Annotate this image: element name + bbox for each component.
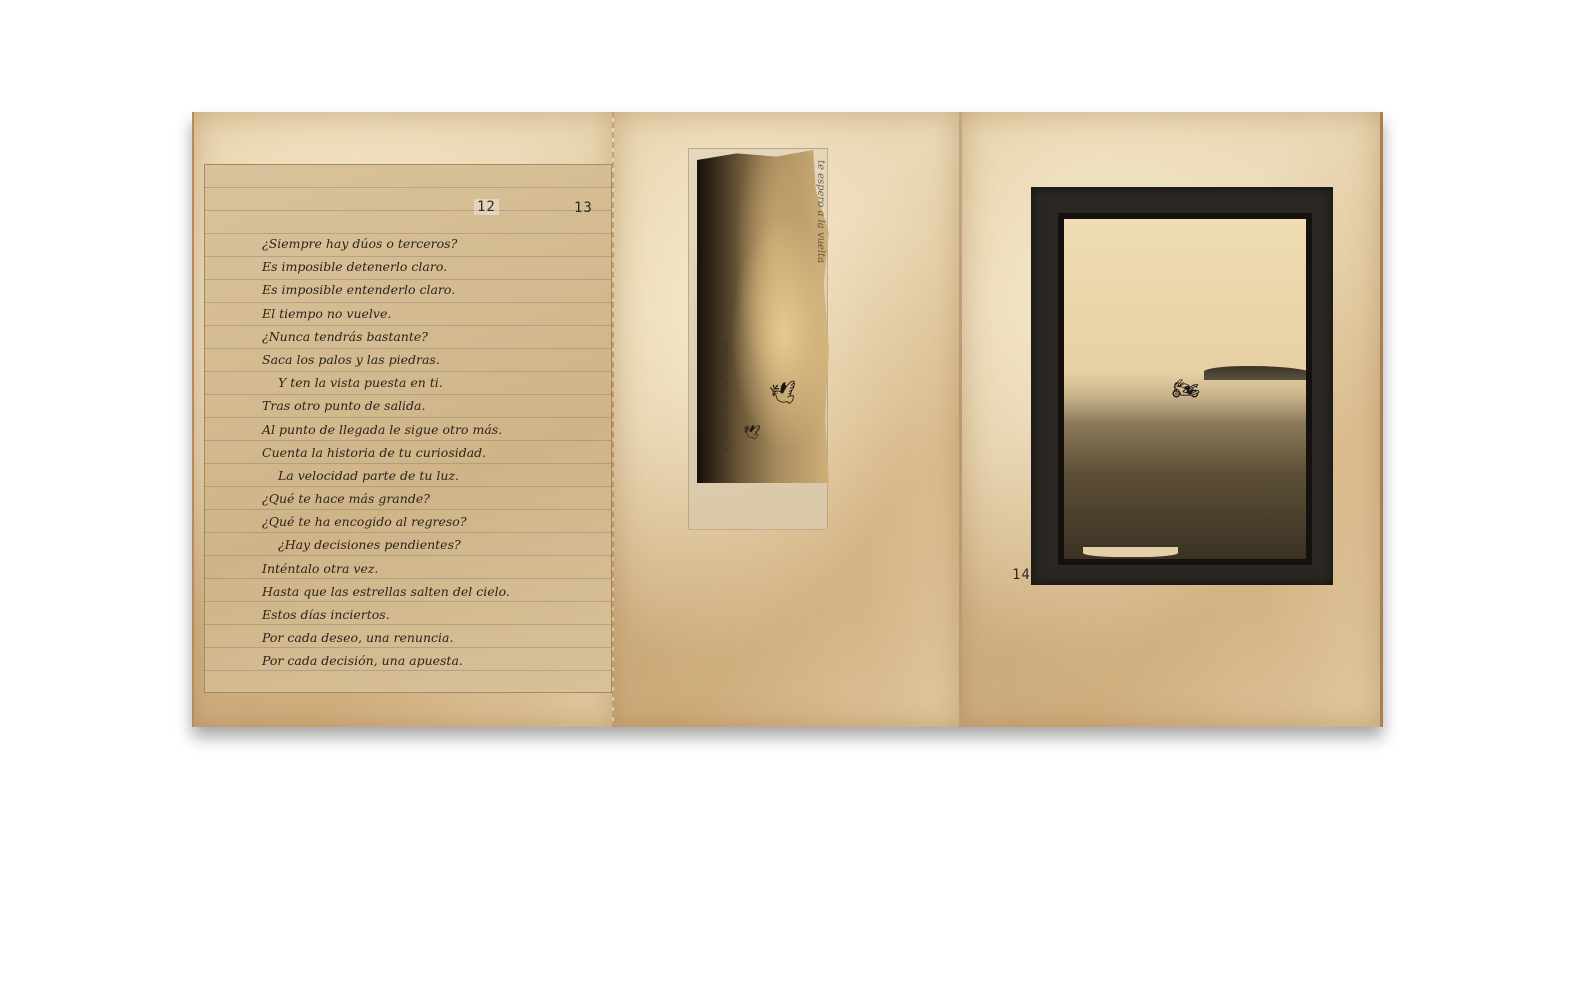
poem-line: La velocidad parte de tu luz.: [262, 464, 510, 487]
poem-line: Por cada deseo, una renuncia.: [262, 626, 510, 649]
poem-line: Cuenta la historia de tu curiosidad.: [262, 441, 510, 464]
poem-line: Hasta que las estrellas salten del cielo…: [262, 580, 510, 603]
page-number-13: 13: [574, 200, 593, 216]
poem-line: El tiempo no vuelve.: [262, 302, 510, 325]
poem-line: Por cada decisión, una apuesta.: [262, 649, 510, 672]
poem-line: ¿Qué te ha encogido al regreso?: [262, 510, 510, 533]
motorcycle-photo: 🏍: [1058, 213, 1312, 565]
motorcycle-rider-icon: 🏍: [1172, 377, 1200, 402]
photo-curl: [1083, 547, 1178, 557]
poem-line: ¿Qué te hace más grande?: [262, 487, 510, 510]
treeline: [1204, 366, 1312, 380]
margin-note: te espero a la vuelta: [815, 160, 826, 263]
sky-photo: [697, 150, 829, 483]
poem-line: Al punto de llegada le sigue otro más.: [262, 418, 510, 441]
bird-icon: 🕊: [743, 425, 761, 441]
poem-line: Inténtalo otra vez.: [262, 557, 510, 580]
poem-line: Es imposible entenderlo claro.: [262, 278, 510, 301]
poem-line: Saca los palos y las piedras.: [262, 348, 510, 371]
poem-line: Y ten la vista puesta en ti.: [262, 371, 510, 394]
poem-line: ¿Hay decisiones pendientes?: [262, 533, 510, 556]
handwritten-poem: ¿Siempre hay dúos o terceros? Es imposib…: [262, 232, 510, 673]
poem-line: ¿Nunca tendrás bastante?: [262, 325, 510, 348]
poem-line: Tras otro punto de salida.: [262, 394, 510, 417]
page-number-14: 14: [1012, 567, 1031, 583]
poem-line: Estos días inciertos.: [262, 603, 510, 626]
margin-note: a fuerza de curiosidad: [720, 340, 731, 453]
page-number-12: 12: [474, 199, 499, 215]
poem-line: ¿Siempre hay dúos o terceros?: [262, 232, 510, 255]
poem-line: Es imposible detenerlo claro.: [262, 255, 510, 278]
bird-icon: 🕊: [768, 380, 800, 409]
